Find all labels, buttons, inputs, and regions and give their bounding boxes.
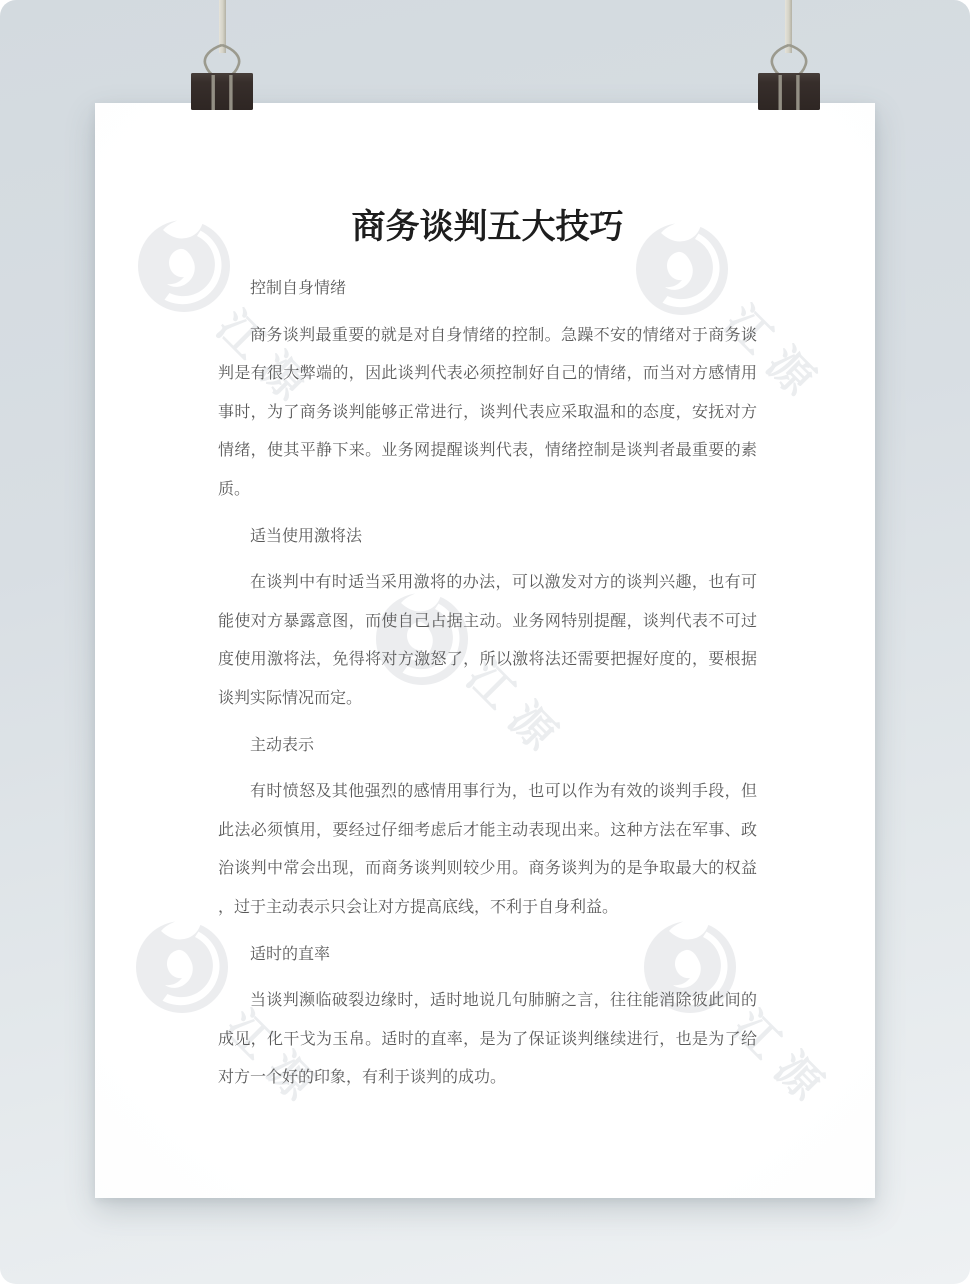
binder-clip-icon	[190, 44, 254, 110]
binder-clip-right	[757, 44, 821, 110]
section-paragraph: 商务谈判最重要的就是对自身情绪的控制。急躁不安的情绪对于商务谈判是有很大弊端的，…	[218, 317, 757, 510]
section-heading: 控制自身情绪	[218, 270, 757, 309]
section-paragraph: 当谈判濒临破裂边缘时，适时地说几句肺腑之言，往往能消除彼此间的成见，化干戈为玉帛…	[218, 982, 757, 1098]
section-heading: 适时的直率	[218, 936, 757, 975]
binder-clip-icon	[757, 44, 821, 110]
section-heading: 适当使用激将法	[218, 518, 757, 557]
document-content: 商务谈判五大技巧 控制自身情绪 商务谈判最重要的就是对自身情绪的控制。急躁不安的…	[95, 103, 875, 1098]
mockup-background: 江源 江源 江源 江源 江源 商务谈判五大技巧 控制自身情绪 商务谈判最重要的就…	[0, 0, 970, 1284]
section-heading: 主动表示	[218, 727, 757, 766]
binder-clip-left	[190, 44, 254, 110]
section-paragraph: 有时愤怒及其他强烈的感情用事行为，也可以作为有效的谈判手段，但此法必须慎用，要经…	[218, 773, 757, 927]
section-paragraph: 在谈判中有时适当采用激将的办法，可以激发对方的谈判兴趣，也有可能使对方暴露意图，…	[218, 564, 757, 718]
document-title: 商务谈判五大技巧	[218, 207, 757, 247]
document-page: 江源 江源 江源 江源 江源 商务谈判五大技巧 控制自身情绪 商务谈判最重要的就…	[95, 103, 875, 1198]
